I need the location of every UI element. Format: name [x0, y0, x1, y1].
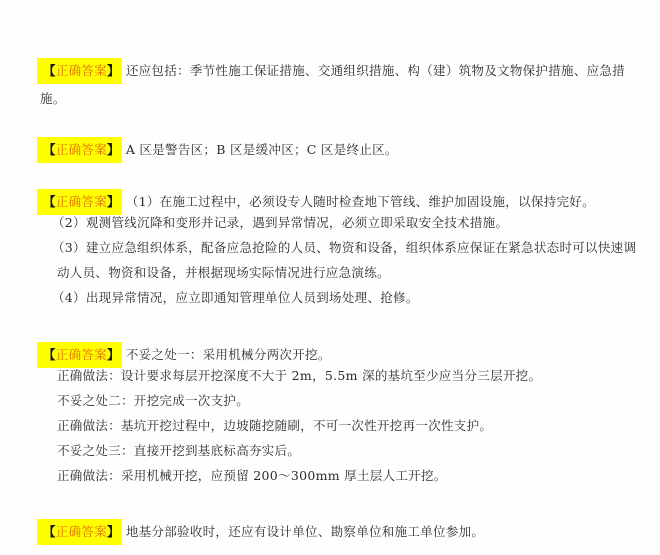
answer-text: 还应包括：季节性施工保证措施、交通组织措施、构（建）筑物及文物保护措施、应急措	[126, 63, 625, 78]
answer-line: 【正确答案】不妥之处一：采用机械分两次开挖。	[37, 342, 331, 368]
answer-line: 正确做法：采用机械开挖，应预留 200～300mm 厚土层人工开挖。	[57, 468, 447, 484]
answer-line: 【正确答案】（1）在施工过程中，必须设专人随时检查地下管线、维护加固设施，以保持…	[37, 189, 595, 215]
answer-line: 不妥之处二：开挖完成一次支护。	[57, 393, 249, 409]
answer-line: 正确做法：设计要求每层开挖深度不大于 2m，5.5m 深的基坑至少应当分三层开挖…	[57, 368, 541, 384]
correct-answer-label: 【正确答案】	[37, 519, 122, 545]
answer-text: 地基分部验收时，还应有设计单位、勘察单位和施工单位参加。	[126, 524, 484, 539]
correct-answer-label: 【正确答案】	[37, 342, 122, 368]
answer-line: 【正确答案】还应包括：季节性施工保证措施、交通组织措施、构（建）筑物及文物保护措…	[37, 58, 625, 84]
answer-text: 不妥之处一：采用机械分两次开挖。	[126, 347, 331, 362]
answer-line: 动人员、物资和设备，并根据现场实际情况进行应急演练。	[57, 265, 390, 281]
answer-line: （4）出现异常情况，应立即通知管理单位人员到场处理、抢修。	[52, 290, 419, 306]
answer-line: 【正确答案】地基分部验收时，还应有设计单位、勘察单位和施工单位参加。	[37, 519, 484, 545]
answer-line: （3）建立应急组织体系，配备应急抢险的人员、物资和设备，组织体系应保证在紧急状态…	[52, 240, 636, 256]
correct-answer-label: 【正确答案】	[37, 137, 122, 163]
answer-line: 不妥之处三：直接开挖到基底标高夯实后。	[57, 443, 300, 459]
answer-line-continued: 施。	[40, 91, 66, 107]
answer-text: （1）在施工过程中，必须设专人随时检查地下管线、维护加固设施，以保持完好。	[126, 194, 595, 209]
answer-text: A 区是警告区；B 区是缓冲区；C 区是终止区。	[126, 142, 398, 157]
correct-answer-label: 【正确答案】	[37, 58, 122, 84]
answer-line: 正确做法：基坑开挖过程中，边坡随挖随刷，不可一次性开挖再一次性支护。	[57, 418, 492, 434]
correct-answer-label: 【正确答案】	[37, 189, 122, 215]
answer-line: 【正确答案】A 区是警告区；B 区是缓冲区；C 区是终止区。	[37, 137, 398, 163]
answer-line: （2）观测管线沉降和变形并记录，遇到异常情况，必须立即采取安全技术措施。	[52, 215, 508, 231]
